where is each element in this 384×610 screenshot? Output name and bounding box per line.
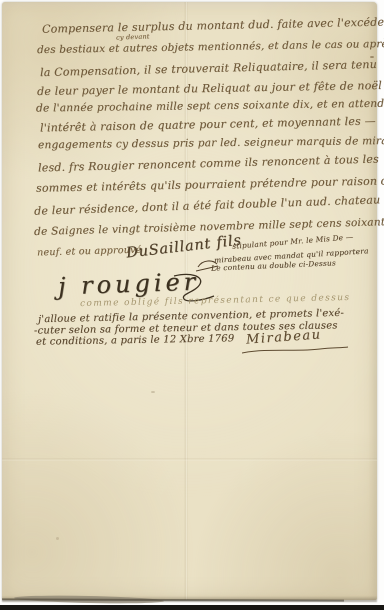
horizontal-crease xyxy=(2,458,377,461)
interline-insertion-note: cy devant xyxy=(116,33,150,41)
ink-speck xyxy=(56,537,59,540)
signature-underline xyxy=(242,345,350,355)
ink-speck xyxy=(151,391,155,393)
scan-edge-bar xyxy=(0,605,384,610)
manuscript-scan: Compensera le surplus du montant dud. fa… xyxy=(0,0,384,610)
ink-speck xyxy=(370,56,374,58)
